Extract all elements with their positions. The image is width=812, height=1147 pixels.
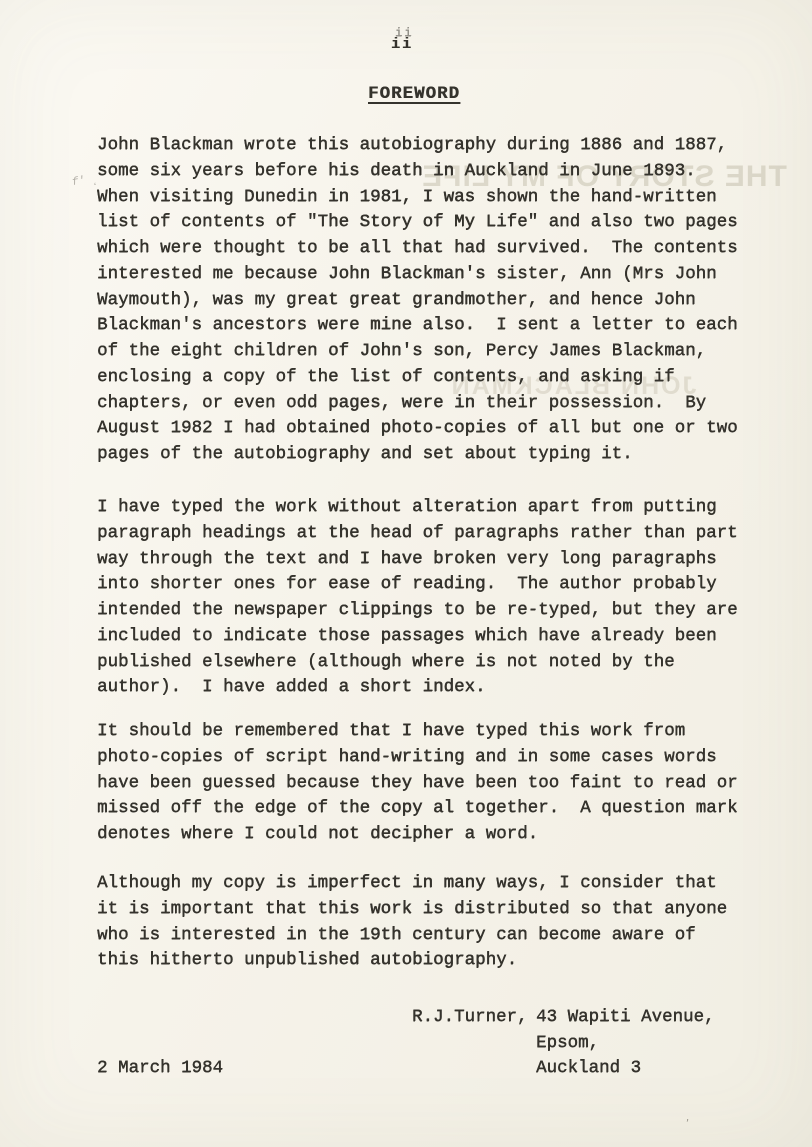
text-line: When visiting Dunedin in 1981, I was sho… <box>97 185 738 211</box>
page-number: ii <box>391 36 413 53</box>
text-line: interested me because John Blackman's si… <box>97 262 738 288</box>
text-line: which were thought to be all that had su… <box>97 236 738 262</box>
text-line: enclosing a copy of the list of contents… <box>97 365 738 391</box>
signature-address-line: 43 Wapiti Avenue, <box>536 1005 715 1031</box>
stray-mark: ʻ <box>92 183 98 194</box>
signature-address-line: Epsom, <box>536 1031 599 1057</box>
stray-mark: ʼ <box>682 1118 691 1131</box>
text-line: list of contents of "The Story of My Lif… <box>97 210 738 236</box>
text-line: chapters, or even odd pages, were in the… <box>97 391 738 417</box>
text-line: John Blackman wrote this autobiography d… <box>97 133 738 159</box>
page-title: FOREWORD <box>368 84 460 104</box>
text-line: It should be remembered that I have type… <box>97 719 738 745</box>
paragraph-1: John Blackman wrote this autobiography d… <box>97 133 738 468</box>
signature-address-line: Auckland 3 <box>536 1056 641 1082</box>
text-line: of the eight children of John's son, Per… <box>97 339 738 365</box>
text-line: August 1982 I had obtained photo-copies … <box>97 416 738 442</box>
signature-date: 2 March 1984 <box>97 1056 223 1082</box>
text-line: author). I have added a short index. <box>97 675 738 701</box>
paragraph-2: I have typed the work without alteration… <box>97 495 738 701</box>
text-line: intended the newspaper clippings to be r… <box>97 598 738 624</box>
text-line: Blackman's ancestors were mine also. I s… <box>97 313 738 339</box>
signature-name: R.J.Turner, <box>412 1005 528 1031</box>
text-line: pages of the autobiography and set about… <box>97 442 738 468</box>
paragraph-3: It should be remembered that I have type… <box>97 719 738 848</box>
text-line: photo-copies of script hand-writing and … <box>97 745 738 771</box>
text-line: published elsewhere (although where is n… <box>97 650 738 676</box>
text-line: included to indicate those passages whic… <box>97 624 738 650</box>
text-line: paragraph headings at the head of paragr… <box>97 521 738 547</box>
text-line: have been guessed because they have been… <box>97 771 738 797</box>
stray-mark: f' <box>71 175 86 189</box>
text-line: I have typed the work without alteration… <box>97 495 738 521</box>
text-line: who is interested in the 19th century ca… <box>97 923 727 949</box>
text-line: it is important that this work is distri… <box>97 897 727 923</box>
text-line: missed off the edge of the copy al toget… <box>97 796 738 822</box>
scanned-page: THE STORY OF MY LIFE JOHN BLACKMAN ii ii… <box>0 0 812 1147</box>
text-line: denotes where I could not decipher a wor… <box>97 822 738 848</box>
paragraph-4: Although my copy is imperfect in many wa… <box>97 871 727 974</box>
text-line: Waymouth), was my great great grandmothe… <box>97 288 738 314</box>
text-line: Although my copy is imperfect in many wa… <box>97 871 727 897</box>
text-line: into shorter ones for ease of reading. T… <box>97 572 738 598</box>
text-line: some six years before his death in Auckl… <box>97 159 738 185</box>
text-line: this hitherto unpublished autobiography. <box>97 948 727 974</box>
text-line: way through the text and I have broken v… <box>97 547 738 573</box>
